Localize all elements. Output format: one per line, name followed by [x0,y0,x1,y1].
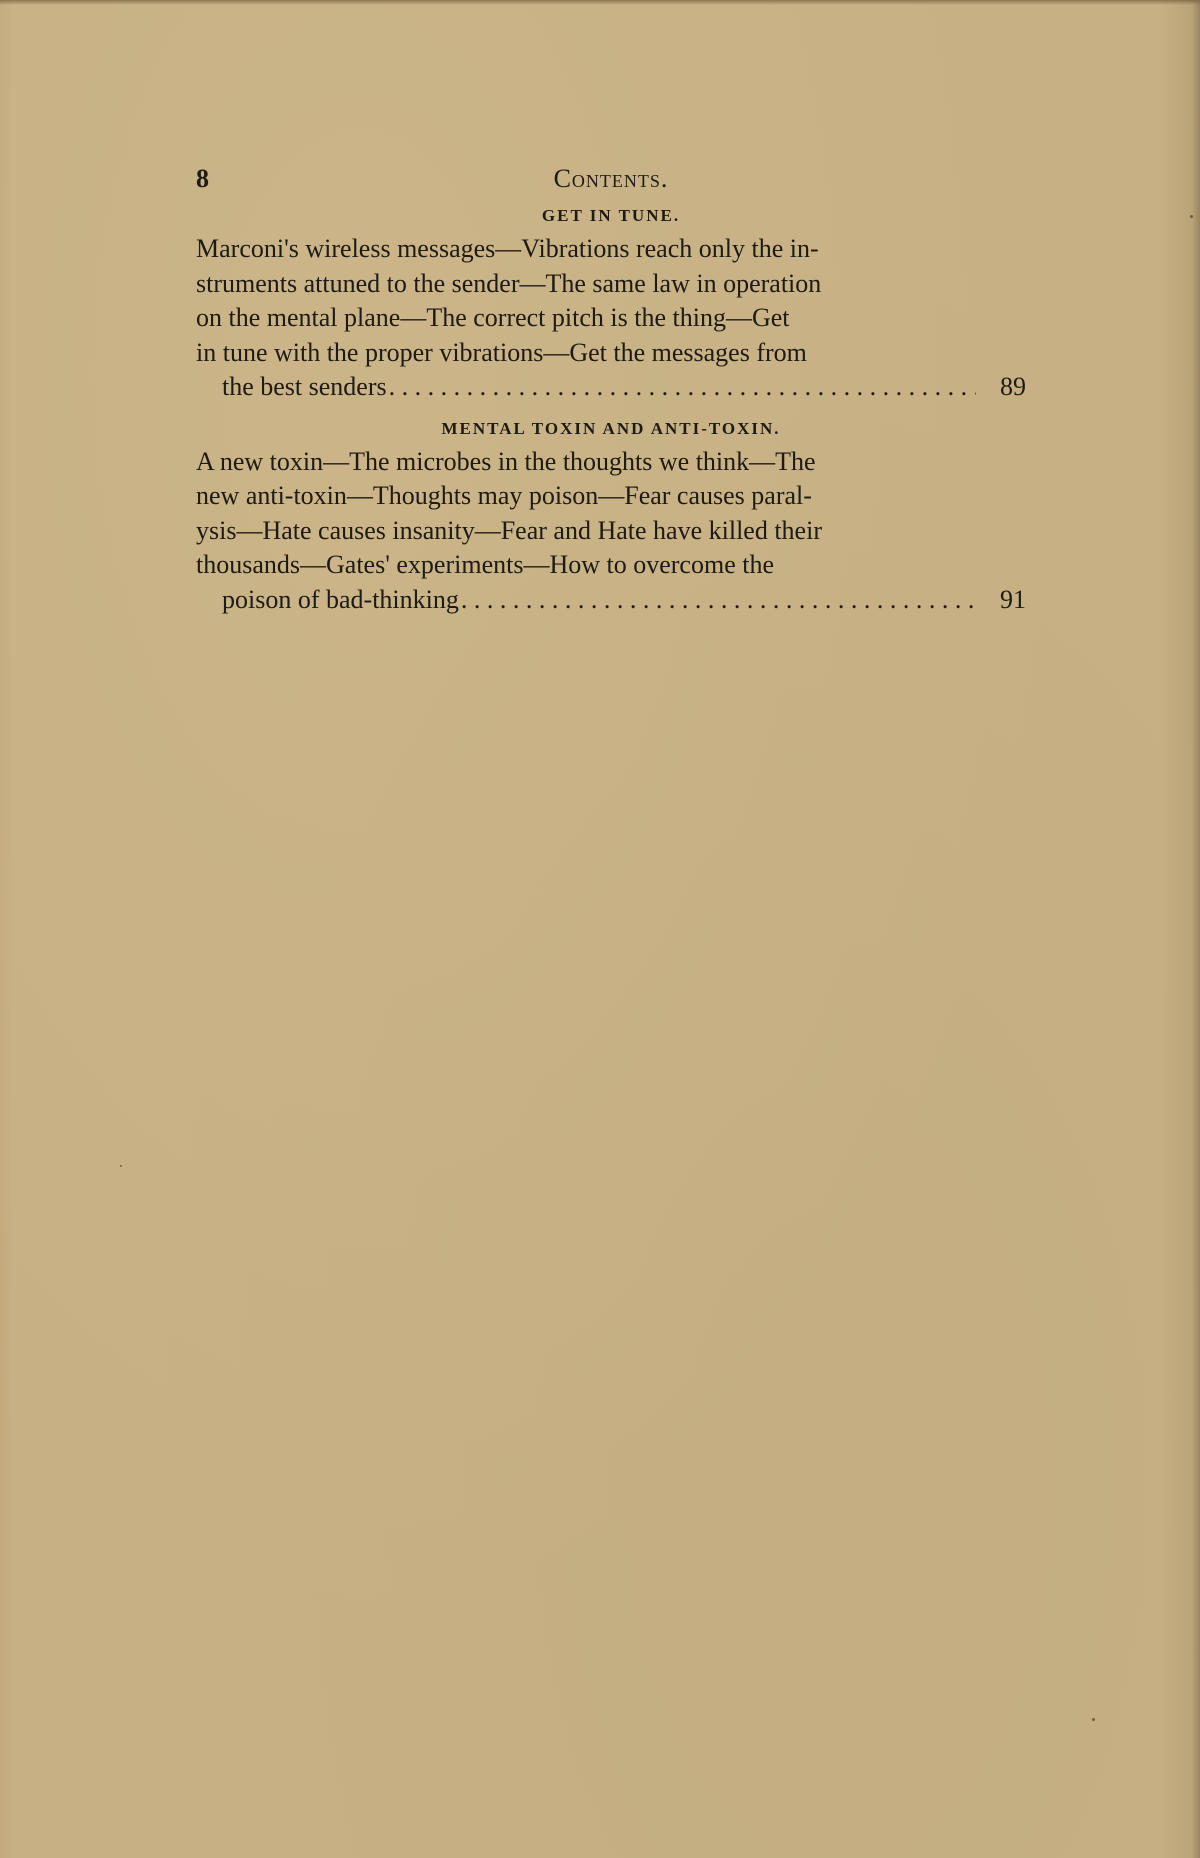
running-head: 8 Contents. [196,158,1026,198]
page-top-edge [0,0,1200,5]
paper-speck [1092,1718,1095,1721]
entry-line: A new toxin—The microbes in the thoughts… [222,445,976,480]
entry-line: struments attuned to the sender—The same… [222,267,976,302]
entry-last-line: poison of bad-thinking [222,583,976,618]
toc-entry-get-in-tune: Marconi's wireless messages—Vibrations r… [196,232,1026,405]
entry-page-ref: 89 [986,370,1026,405]
entry-line: ysis—Hate causes insanity—Fear and Hate … [222,514,976,549]
entry-last-text: poison of bad-thinking [222,583,459,618]
entry-line: new anti-toxin—Thoughts may poison—Fear … [222,479,976,514]
dot-leader [389,370,976,405]
entry-line: Marconi's wireless messages—Vibrations r… [222,232,976,267]
page-right-edge [1192,0,1200,1858]
entry-line: in tune with the proper vibrations—Get t… [222,336,976,371]
paper-speck [1190,215,1193,218]
section-heading-get-in-tune: GET IN TUNE. [196,206,1026,226]
running-title: Contents. [196,164,1026,194]
entry-last-line: the best senders [222,370,976,405]
entry-line: thousands—Gates' experiments—How to over… [222,548,976,583]
entry-last-text: the best senders [222,370,387,405]
contents-page: 8 Contents. GET IN TUNE. Marconi's wirel… [196,158,1026,631]
section-heading-mental-toxin: MENTAL TOXIN AND ANTI-TOXIN. [196,419,1026,439]
entry-page-ref: 91 [986,583,1026,618]
dot-leader [461,583,976,618]
paper-speck [120,1165,122,1167]
toc-entry-mental-toxin: A new toxin—The microbes in the thoughts… [196,445,1026,618]
entry-line: on the mental plane—The correct pitch is… [222,301,976,336]
